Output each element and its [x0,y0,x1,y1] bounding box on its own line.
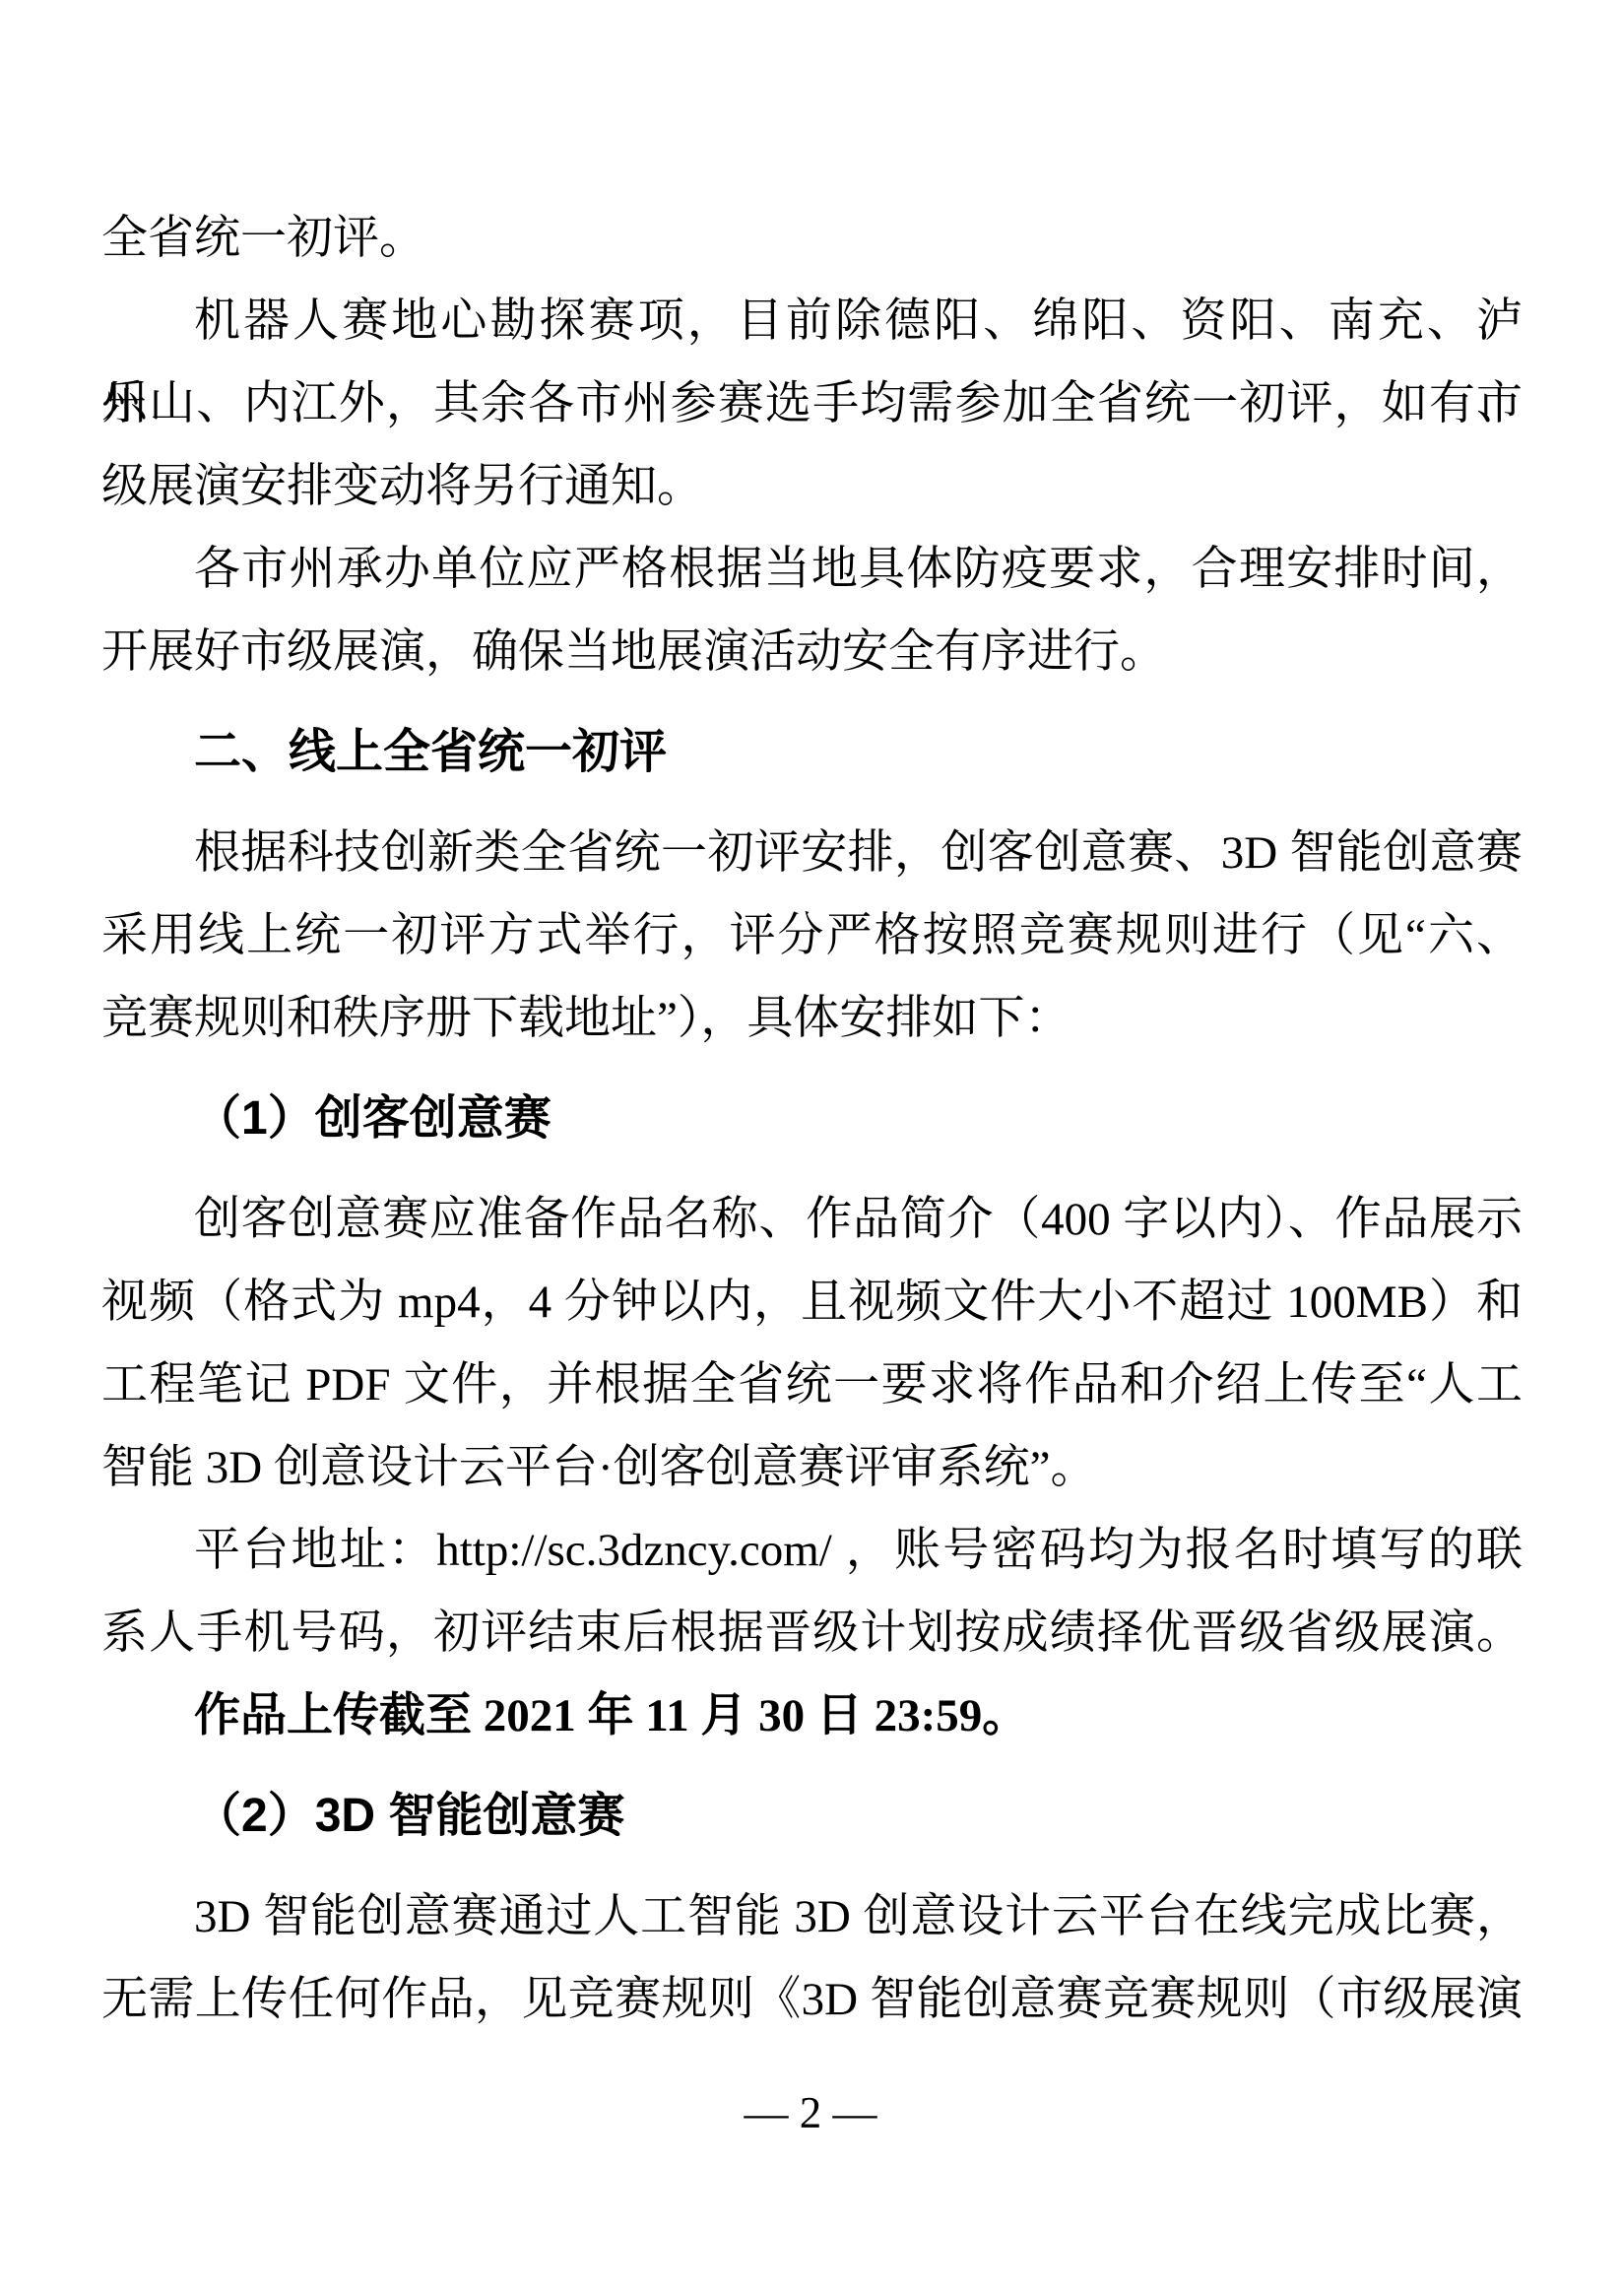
paragraph-line: 竞赛规则和秩序册下载地址”），具体安排如下： [101,977,1523,1060]
upload-deadline-line: 作品上传截至 2021 年 11 月 30 日 23:59。 [101,1674,1523,1757]
paragraph-line: 智能 3D 创意设计云平台·创客创意赛评审系统”。 [101,1426,1523,1509]
paragraph-line: 全省统一初评。 [101,197,1523,280]
subsection-heading-3d-contest: （2）3D 智能创意赛 [101,1775,1523,1858]
paragraph-line: 无需上传任何作品，见竞赛规则《3D 智能创意赛竞赛规则（市级展演 [101,1958,1523,2041]
paragraph-line: 各市州承办单位应严格根据当地具体防疫要求，合理安排时间， [101,528,1523,611]
paragraph-line: 工程笔记 PDF 文件，并根据全省统一要求将作品和介绍上传至“人工 [101,1344,1523,1426]
paragraph-line: 开展好市级展演，确保当地展演活动安全有序进行。 [101,611,1523,693]
paragraph-line: 机器人赛地心勘探赛项，目前除德阳、绵阳、资阳、南充、泸州、 [101,280,1523,362]
paragraph-line: 系人手机号码，初评结束后根据晋级计划按成绩择优晋级省级展演。 [101,1592,1523,1674]
paragraph-line: 3D 智能创意赛通过人工智能 3D 创意设计云平台在线完成比赛， [101,1875,1523,1958]
paragraph-line: 根据科技创新类全省统一初评安排，创客创意赛、3D 智能创意赛 [101,812,1523,894]
paragraph-line: 创客创意赛应准备作品名称、作品简介（400 字以内）、作品展示 [101,1178,1523,1261]
document-body: 全省统一初评。 机器人赛地心勘探赛项，目前除德阳、绵阳、资阳、南充、泸州、 乐山… [101,197,1523,2041]
section-heading: 二、线上全省统一初评 [101,711,1523,794]
paragraph-line: 视频（格式为 mp4，4 分钟以内，且视频文件大小不超过 100MB）和 [101,1261,1523,1344]
platform-url-line: 平台地址：http://sc.3dzncy.com/ ，账号密码均为报名时填写的… [101,1509,1523,1592]
page-number: — 2 — [0,2071,1621,2154]
paragraph-line: 采用线上统一初评方式举行，评分严格按照竞赛规则进行（见“六、 [101,894,1523,977]
paragraph-line: 乐山、内江外，其余各市州参赛选手均需参加全省统一初评，如有市 [101,362,1523,445]
document-page: 全省统一初评。 机器人赛地心勘探赛项，目前除德阳、绵阳、资阳、南充、泸州、 乐山… [0,0,1621,2296]
paragraph-line: 级展演安排变动将另行通知。 [101,445,1523,528]
subsection-heading-maker-contest: （1）创客创意赛 [101,1078,1523,1160]
